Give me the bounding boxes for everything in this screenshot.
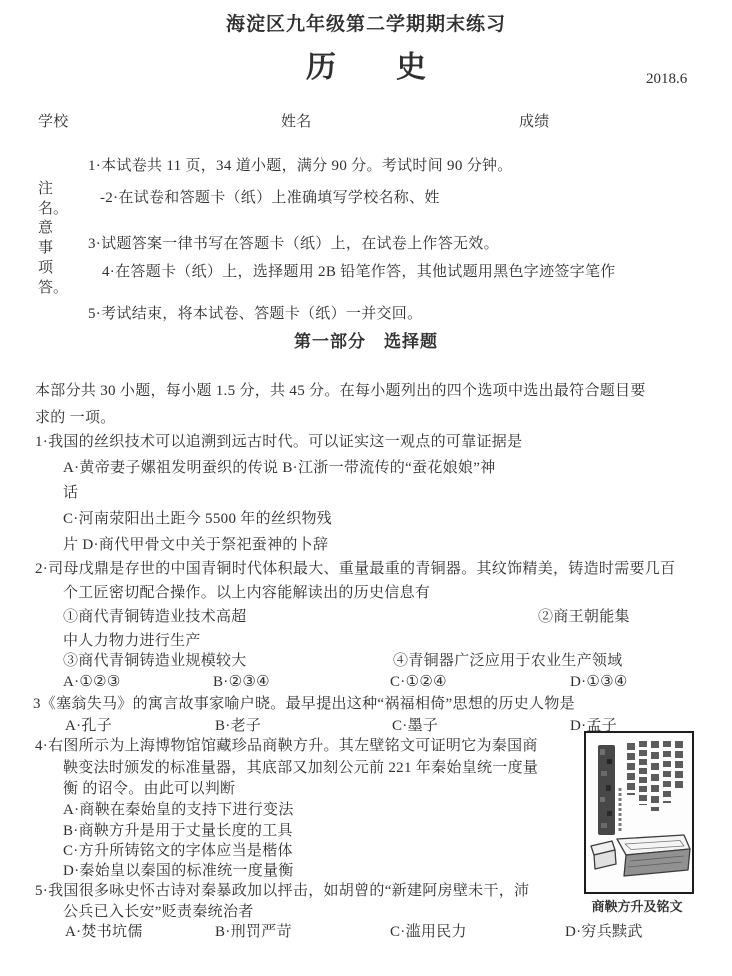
- q4-option-d: D·秦始皇以秦国的标准统一度量衡: [63, 862, 294, 880]
- rubbing-strip: [598, 745, 615, 835]
- q4-stem-line2: 鞅变法时颁发的标准量器，其底部又加刻公元前 221 年秦始皇统一度量: [63, 759, 538, 777]
- artifact-figure: [584, 731, 694, 894]
- notice-item-1: 1·本试卷共 11 页，34 道小题，满分 90 分。考试时间 90 分钟。: [88, 157, 513, 175]
- subject-title: 历 史: [0, 50, 732, 86]
- q2-item-4: ④青铜器广泛应用于农业生产领域: [393, 652, 623, 670]
- q1-option-b-continuation: 话: [63, 484, 78, 502]
- exam-date: 2018.6: [646, 70, 687, 88]
- notice-item-5: 5·考试结束，将本试卷、答题卡（纸）一并交回。: [88, 305, 422, 323]
- q2-item-2: ②商王朝能集: [538, 608, 630, 626]
- notice-side-char-2: 名。: [38, 200, 68, 218]
- q3-stem: 3《塞翁失马》的寓言故事家喻户晓。最早提出这种“祸福相倚”思想的历史人物是: [33, 695, 575, 713]
- q1-options-cd: 片 D·商代甲骨文中关于祭祀蚕神的卜辞: [63, 536, 328, 554]
- q3-option-b: B·老子: [215, 717, 261, 735]
- section-intro-line1: 本部分共 30 小题，每小题 1.5 分，共 45 分。在每小题列出的四个选项中…: [35, 382, 646, 400]
- notice-item-3: 3·试题答案一律书写在答题卡（纸）上，在试卷上作答无效。: [88, 235, 499, 253]
- q1-options-ab: A·黄帝妻子嫘祖发明蚕织的传说 B·江浙一带流传的“蚕花娘娘”神: [63, 459, 496, 477]
- q3-option-a: A·孔子: [65, 717, 112, 735]
- q5-option-b: B·刑罚严苛: [215, 923, 292, 941]
- q1-option-c: C·河南荥阳出土距今 5500 年的丝织物残: [63, 510, 332, 528]
- q3-option-c: C·墨子: [392, 717, 438, 735]
- exam-title: 海淀区九年级第二学期期末练习: [0, 14, 732, 37]
- q4-option-b: B·商鞅方升是用于丈量长度的工具: [63, 822, 293, 840]
- q4-stem-line1: 4·右图所示为上海博物馆馆藏珍品商鞅方升。其左壁铭文可证明它为秦国商: [35, 737, 538, 755]
- notice-side-char-5: 项: [38, 259, 53, 277]
- q2-option-c: C·①②④: [390, 673, 447, 691]
- q1-stem: 1·我国的丝织技术可以追溯到远古时代。可以证实这一观点的可靠证据是: [35, 433, 522, 451]
- notice-item-2: -2·在试卷和答题卡（纸）上准确填写学校名称、姓: [100, 189, 440, 207]
- q2-item-1: ①商代青铜铸造业技术高超: [63, 608, 247, 626]
- q4-option-a: A·商鞅在秦始皇的支持下进行变法: [63, 801, 294, 819]
- q5-option-c: C·滥用民力: [390, 923, 467, 941]
- notice-item-4: 4·在答题卡（纸）上，选择题用 2B 铅笔作答，其他试题用黑色字迹签字笔作: [102, 263, 616, 281]
- q2-item-3: ③商代青铜铸造业规模较大: [63, 652, 247, 670]
- q4-stem-line3: 衡 的诏令。由此可以判断: [63, 780, 235, 798]
- section-intro-line2: 求的 一项。: [35, 409, 116, 427]
- q2-option-a: A·①②③: [63, 673, 121, 691]
- notice-side-char-6: 答。: [38, 279, 68, 297]
- artifact-image: [586, 733, 692, 892]
- notice-side-char-1: 注: [38, 180, 53, 198]
- q2-stem-line1: 2·司母戊鼎是存世的中国青铜时代体积最大、重量最重的青铜器。其纹饰精美，铸造时需…: [35, 560, 675, 578]
- notice-side-char-4: 事: [38, 239, 53, 257]
- name-label: 姓名: [281, 113, 312, 131]
- q4-option-c: C·方升所铸铭文的字体应当是楷体: [63, 842, 293, 860]
- q2-item-2-continuation: 中人力物力进行生产: [63, 632, 201, 650]
- figure-caption: 商鞅方升及铭文: [582, 899, 692, 915]
- q5-option-d: D·穷兵黩武: [565, 923, 643, 941]
- section-heading: 第一部分 选择题: [0, 332, 732, 352]
- notice-side-char-3: 意: [38, 219, 53, 237]
- exam-paper-page: 海淀区九年级第二学期期末练习 历 史 2018.6 学校 姓名 成绩 注 名。 …: [0, 0, 732, 976]
- q2-stem-line2: 个工匠密切配合操作。以上内容能解读出的历史信息有: [63, 584, 430, 602]
- score-label: 成绩: [519, 113, 550, 131]
- q5-stem-line1: 5·我国很多咏史怀古诗对秦暴政加以抨击，如胡曾的“新建阿房壁未干，沛: [35, 882, 529, 900]
- school-label: 学校: [38, 113, 69, 131]
- q2-option-b: B·②③④: [213, 673, 270, 691]
- q2-option-d: D·①③④: [570, 673, 628, 691]
- inscription-columns: [631, 741, 679, 811]
- q5-option-a: A·焚书坑儒: [65, 923, 143, 941]
- q5-stem-line2: 公兵已入长安”贬责秦统治者: [63, 903, 254, 921]
- fangsheng-drawing: [591, 835, 690, 876]
